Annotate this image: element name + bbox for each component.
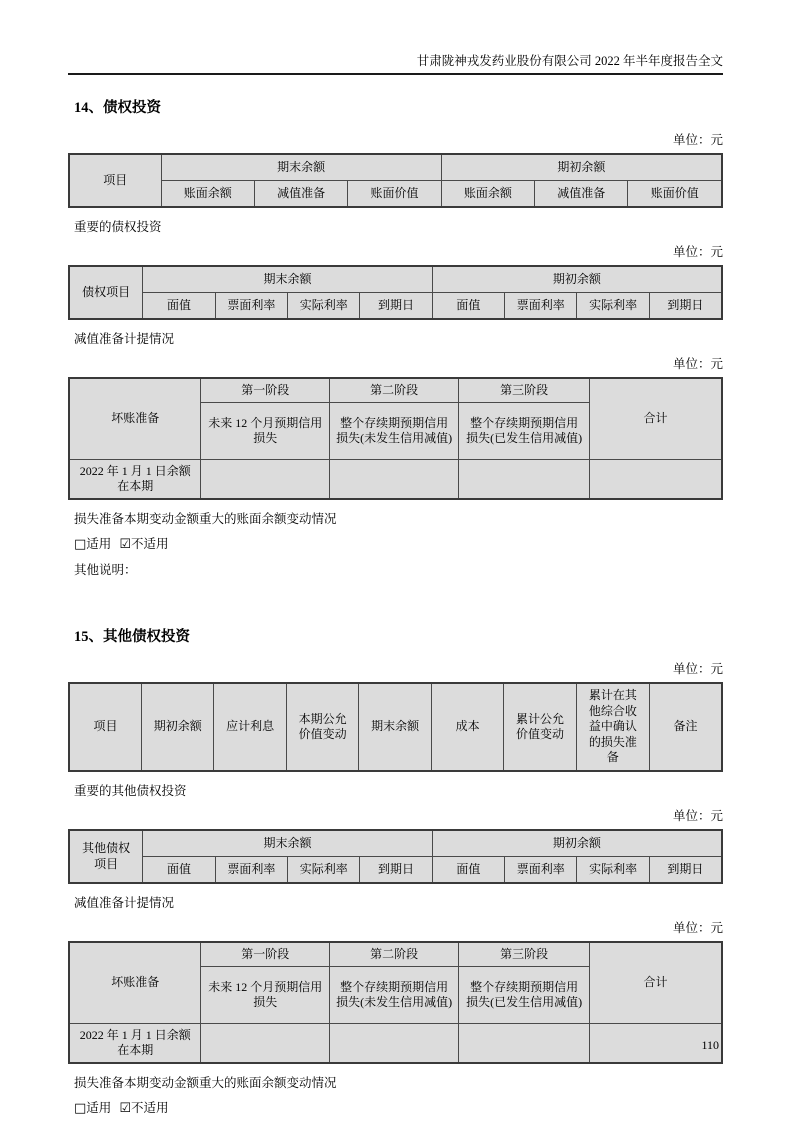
not-applicable-label: 不适用 [131, 537, 169, 551]
other-bad-debt-provision-table: 坏账准备 第一阶段 第二阶段 第三阶段 合计 未来 12 个月预期信用损失 整个… [68, 941, 723, 1064]
unit-label: 单位：元 [68, 133, 723, 148]
document-page: 甘肃陇神戎发药业股份有限公司 2022 年半年度报告全文 14、债权投资 单位：… [0, 0, 793, 1122]
col-header-coupon-rate: 票面利率 [505, 293, 577, 320]
col-header-stage-1: 第一阶段 [201, 378, 330, 403]
col-header-impairment: 减值准备 [254, 181, 347, 208]
important-other-debt-note: 重要的其他债权投资 [74, 784, 723, 799]
loss-change-note: 损失准备本期变动金额重大的账面余额变动情况 [74, 1076, 723, 1091]
applicability-row: □适用☑不适用 [74, 536, 723, 553]
stage-3-description: 整个存续期预期信用损失(已发生信用减值) [459, 403, 590, 460]
col-header-period-begin: 期初余额 [432, 266, 722, 293]
empty-cell [330, 460, 459, 500]
col-header-period-end: 期末余额 [161, 154, 441, 181]
col-header-stage-3: 第三阶段 [459, 942, 590, 967]
applicable-label: 适用 [86, 537, 111, 551]
col-header-loss-provision-oci: 累计在其他综合收益中确认的损失准备 [576, 683, 649, 771]
col-header-book-balance: 账面余额 [441, 181, 534, 208]
col-header-book-balance: 账面余额 [161, 181, 254, 208]
impairment-provision-note: 减值准备计提情况 [74, 332, 723, 347]
row-label-opening-balance: 2022 年 1 月 1 日余额在本期 [69, 460, 201, 500]
stage-2-description: 整个存续期预期信用损失(未发生信用减值) [330, 403, 459, 460]
section-14-title: 14、债权投资 [74, 99, 723, 117]
empty-cell [330, 1024, 459, 1064]
checkbox-unchecked-icon: □ [74, 1101, 86, 1116]
col-header-coupon-rate: 票面利率 [215, 293, 287, 320]
col-header-total: 合计 [589, 378, 722, 460]
col-header-cumulative-fv-change: 累计公允价值变动 [504, 683, 576, 771]
col-header-coupon-rate: 票面利率 [505, 857, 577, 884]
col-header-stage-2: 第二阶段 [330, 378, 459, 403]
col-header-other-debt-item: 其他债权 项目 [69, 830, 143, 883]
empty-cell [459, 460, 590, 500]
col-header-stage-3: 第三阶段 [459, 378, 590, 403]
empty-cell [201, 460, 330, 500]
empty-cell [201, 1024, 330, 1064]
stage-3-description: 整个存续期预期信用损失(已发生信用减值) [459, 967, 590, 1024]
page-content: 甘肃陇神戎发药业股份有限公司 2022 年半年度报告全文 14、债权投资 单位：… [68, 0, 723, 1117]
unit-label: 单位：元 [68, 357, 723, 372]
stage-2-description: 整个存续期预期信用损失(未发生信用减值) [330, 967, 459, 1024]
other-debt-investment-table: 项目 期初余额 应计利息 本期公允价值变动 期末余额 成本 累计公允价值变动 累… [68, 682, 723, 772]
col-header-item: 项目 [69, 683, 141, 771]
col-header-maturity-date: 到期日 [649, 857, 722, 884]
col-header-impairment: 减值准备 [535, 181, 628, 208]
col-header-fv-change-current: 本期公允价值变动 [286, 683, 358, 771]
col-header-book-value: 账面价值 [628, 181, 722, 208]
col-header-bad-debt: 坏账准备 [69, 942, 201, 1024]
col-header-period-begin: 期初余额 [432, 830, 722, 857]
unit-label: 单位：元 [68, 662, 723, 677]
checkbox-unchecked-icon: □ [74, 537, 86, 552]
col-header-book-value: 账面价值 [348, 181, 441, 208]
col-header-effective-rate: 实际利率 [288, 293, 360, 320]
col-header-period-end: 期末余额 [143, 266, 432, 293]
col-header-face-value: 面值 [432, 293, 504, 320]
unit-label: 单位：元 [68, 921, 723, 936]
col-header-debt-item: 债权项目 [69, 266, 143, 319]
col-header-effective-rate: 实际利率 [577, 293, 649, 320]
col-header-item: 项目 [69, 154, 161, 207]
other-note: 其他说明： [74, 562, 723, 578]
col-header-cost: 成本 [431, 683, 503, 771]
col-header-coupon-rate: 票面利率 [215, 857, 287, 884]
col-header-effective-rate: 实际利率 [288, 857, 360, 884]
col-header-accrued-interest: 应计利息 [214, 683, 286, 771]
col-header-effective-rate: 实际利率 [577, 857, 649, 884]
col-header-face-value: 面值 [143, 293, 215, 320]
col-header-maturity-date: 到期日 [649, 293, 722, 320]
other-debt-item-rate-table: 其他债权 项目 期末余额 期初余额 面值 票面利率 实际利率 到期日 面值 票面… [68, 829, 723, 884]
debt-investment-balance-table: 项目 期末余额 期初余额 账面余额 减值准备 账面价值 账面余额 减值准备 账面… [68, 153, 723, 208]
col-header-maturity-date: 到期日 [360, 857, 432, 884]
impairment-provision-note: 减值准备计提情况 [74, 896, 723, 911]
col-header-total: 合计 [589, 942, 722, 1024]
applicability-row: □适用☑不适用 [74, 1100, 723, 1117]
page-number: 110 [701, 1038, 719, 1052]
col-header-remarks: 备注 [649, 683, 722, 771]
debt-item-rate-table: 债权项目 期末余额 期初余额 面值 票面利率 实际利率 到期日 面值 票面利率 … [68, 265, 723, 320]
report-header-title: 甘肃陇神戎发药业股份有限公司 2022 年半年度报告全文 [68, 0, 723, 75]
col-header-face-value: 面值 [143, 857, 215, 884]
col-header-maturity-date: 到期日 [360, 293, 432, 320]
section-15-title: 15、其他债权投资 [74, 628, 723, 646]
unit-label: 单位：元 [68, 245, 723, 260]
row-label-opening-balance: 2022 年 1 月 1 日余额在本期 [69, 1024, 201, 1064]
col-header-closing-balance: 期末余额 [359, 683, 431, 771]
empty-cell [589, 460, 722, 500]
not-applicable-label: 不适用 [131, 1101, 169, 1115]
loss-change-note: 损失准备本期变动金额重大的账面余额变动情况 [74, 512, 723, 527]
col-header-face-value: 面值 [432, 857, 504, 884]
empty-cell [459, 1024, 590, 1064]
col-header-period-begin: 期初余额 [441, 154, 722, 181]
col-header-stage-1: 第一阶段 [201, 942, 330, 967]
unit-label: 单位：元 [68, 809, 723, 824]
stage-1-description: 未来 12 个月预期信用损失 [201, 967, 330, 1024]
col-header-opening-balance: 期初余额 [141, 683, 213, 771]
applicable-label: 适用 [86, 1101, 111, 1115]
bad-debt-provision-table: 坏账准备 第一阶段 第二阶段 第三阶段 合计 未来 12 个月预期信用损失 整个… [68, 377, 723, 500]
important-debt-note: 重要的债权投资 [74, 220, 723, 235]
checkbox-checked-icon: ☑ [119, 537, 131, 552]
col-header-stage-2: 第二阶段 [330, 942, 459, 967]
stage-1-description: 未来 12 个月预期信用损失 [201, 403, 330, 460]
col-header-bad-debt: 坏账准备 [69, 378, 201, 460]
checkbox-checked-icon: ☑ [119, 1101, 131, 1116]
col-header-period-end: 期末余额 [143, 830, 432, 857]
